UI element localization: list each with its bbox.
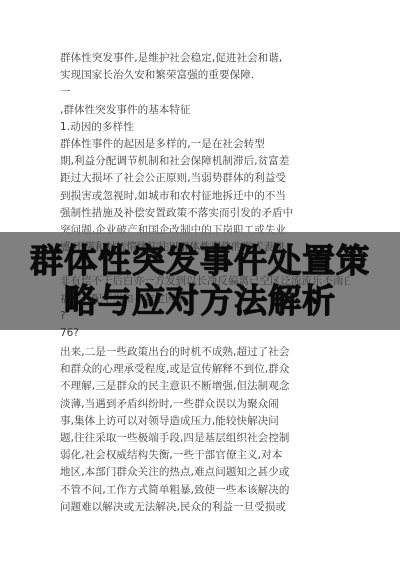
body-line: 地区,本部门群众关注的热点,难点问题知之甚少或 [60, 464, 340, 481]
body-line: 不理解,三是群众的民主意识不断增强,但法制观念 [60, 378, 340, 395]
body-line: 事,集体上访可以对领导造成压力,能较快解决问 [60, 413, 340, 430]
body-line: 期,利益分配调节机制和社会保障机制滞后,贫富差 [60, 153, 340, 170]
overlay-title: 群体性突发事件处置策 略与应对方法解析 [0, 232, 400, 330]
body-line: 强制性措施及补偿安置政策不落实而引发的矛盾中 [60, 205, 340, 222]
document-page: 群体性突发事件,是维护社会稳定,促进社会和谐, 实现国家长治久安和繁荣富强的重要… [0, 0, 400, 565]
body-line: 距过大损坏了社会公正原则,当弱势群体的利益受 [60, 170, 340, 187]
document-body-top: 群体性突发事件,是维护社会稳定,促进社会和谐, 实现国家长治久安和繁荣富强的重要… [60, 50, 340, 256]
body-line: 弱化,社会权威结构失衡,一些干部官僚主义,对本 [60, 447, 340, 464]
document-body-bottom: 出来,二是一些政策出台的时机不成熟,超过了社会 和群众的心理承受程度,或是宣传解… [60, 344, 340, 516]
body-line: 出来,二是一些政策出台的时机不成熟,超过了社会 [60, 344, 340, 361]
body-line: 实现国家长治久安和繁荣富强的重要保障. [60, 67, 340, 84]
section-divider: 一 [60, 84, 340, 101]
overlay-title-line-1: 群体性突发事件处置策 [30, 241, 370, 281]
body-line: 淡薄,当遇到矛盾纠纷时,一些群众误以为聚众闹 [60, 396, 340, 413]
body-line: 和群众的心理承受程度,或是宣传解释不到位,群众 [60, 361, 340, 378]
overlay-title-line-2: 略与应对方法解析 [64, 281, 336, 321]
body-line: 群体性事件的起因是多样的,一是在社会转型 [60, 136, 340, 153]
body-line: 问题难以解决或无法解决,民众的利益一旦受损或 [60, 499, 340, 516]
body-line: 题,往往采取一些极端手段,四是基层组织社会控制 [60, 430, 340, 447]
body-line: 不管不问,工作方式简单粗暴,致使一些本该解决的 [60, 482, 340, 499]
body-line: 群体性突发事件,是维护社会稳定,促进社会和谐, [60, 50, 340, 67]
section-heading: ,群体性突发事件的基本特征 [60, 102, 340, 119]
body-line: 到损害或忽视时,如城市和农村征地拆迁中的不当 [60, 188, 340, 205]
subsection-heading: 1.动因的多样性 [60, 119, 340, 136]
